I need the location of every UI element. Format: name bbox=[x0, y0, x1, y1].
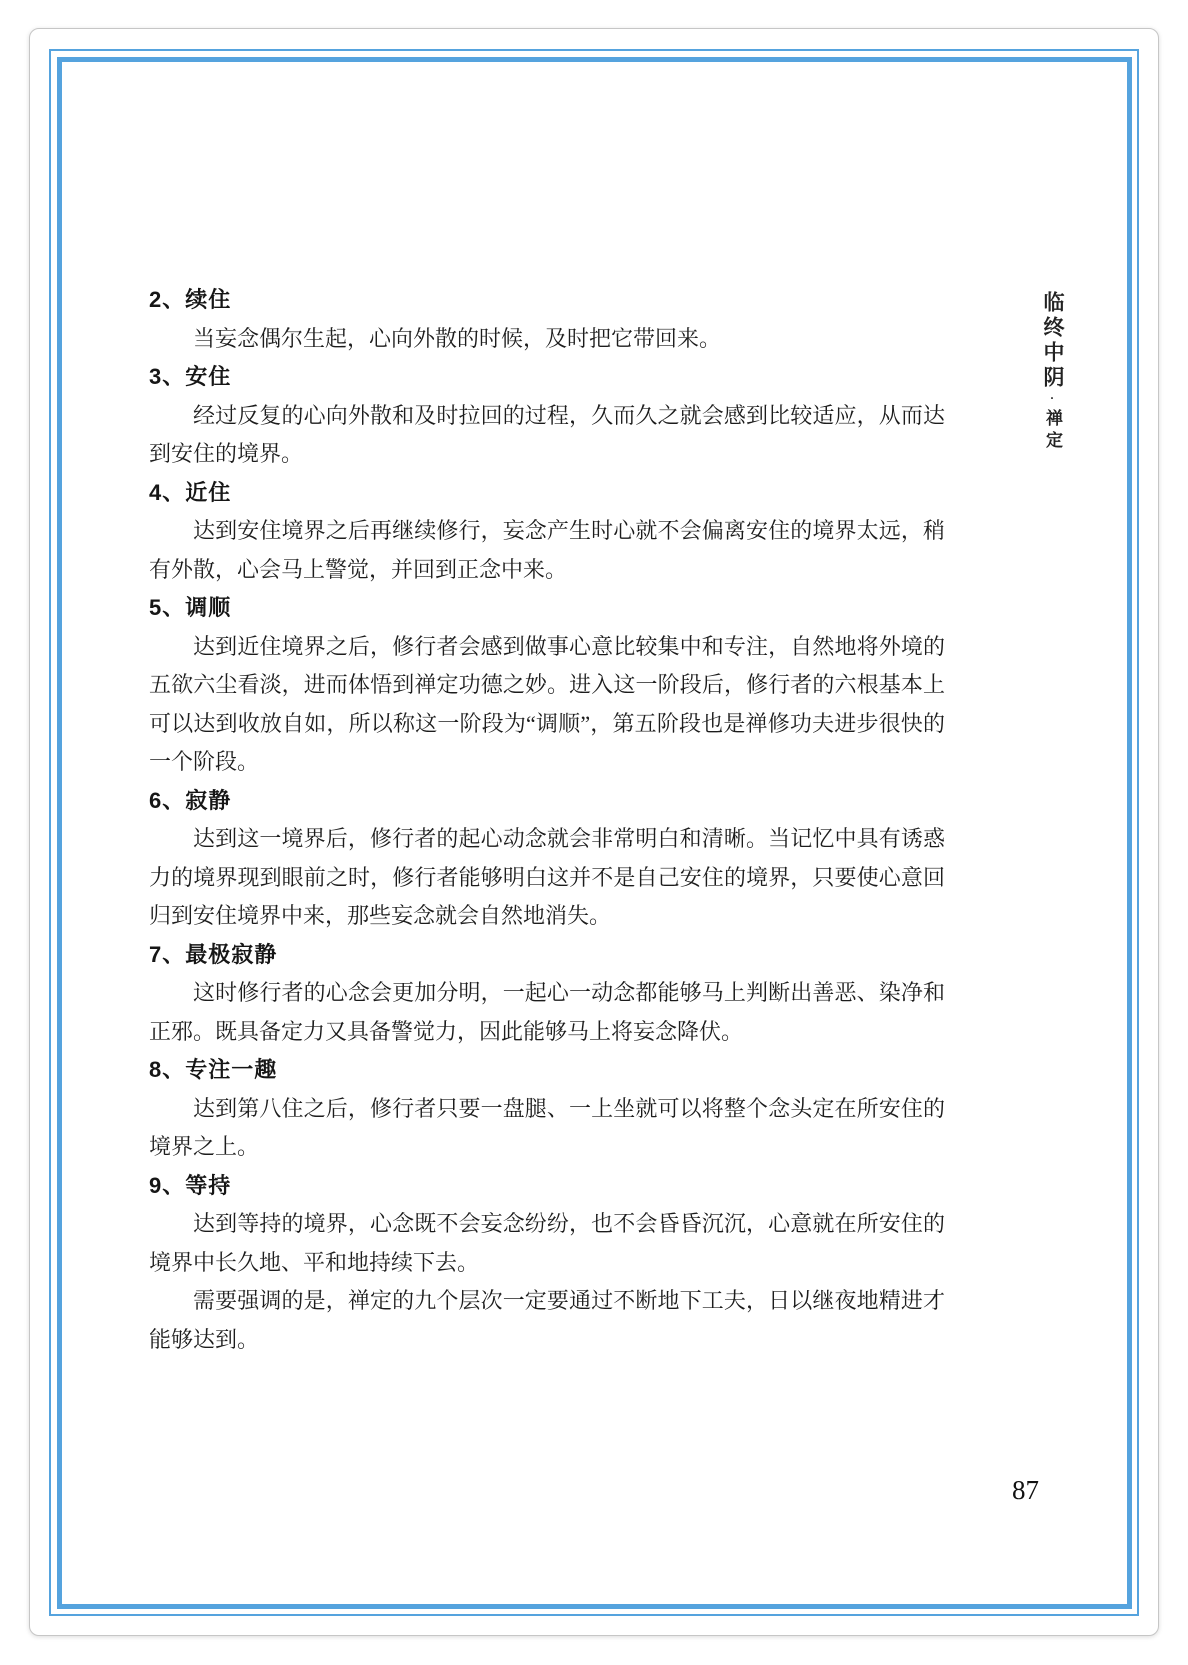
section-paragraph: 达到安住境界之后再继续修行，妄念产生时心就不会偏离安住的境界太远，稍有外散，心会… bbox=[149, 512, 945, 589]
numbered-section: 2、续住 当妄念偶尔生起，心向外散的时候，及时把它带回来。 bbox=[149, 281, 945, 358]
page-body-text: 2、续住 当妄念偶尔生起，心向外散的时候，及时把它带回来。 3、安住 经过反复的… bbox=[149, 281, 945, 1359]
section-heading: 7、最极寂静 bbox=[149, 936, 945, 975]
section-paragraph: 当妄念偶尔生起，心向外散的时候，及时把它带回来。 bbox=[149, 320, 945, 359]
numbered-section: 6、寂静 达到这一境界后，修行者的起心动念就会非常明白和清晰。当记忆中具有诱惑力… bbox=[149, 782, 945, 936]
section-paragraph: 达到等持的境界，心念既不会妄念纷纷，也不会昏昏沉沉，心意就在所安住的境界中长久地… bbox=[149, 1205, 945, 1282]
scanned-book-page: 2、续住 当妄念偶尔生起，心向外散的时候，及时把它带回来。 3、安住 经过反复的… bbox=[0, 0, 1188, 1665]
section-paragraph: 达到近住境界之后，修行者会感到做事心意比较集中和专注，自然地将外境的五欲六尘看淡… bbox=[149, 628, 945, 782]
section-paragraph: 经过反复的心向外散和及时拉回的过程，久而久之就会感到比较适应，从而达到安住的境界… bbox=[149, 397, 945, 474]
section-heading: 4、近住 bbox=[149, 474, 945, 513]
section-heading: 9、等持 bbox=[149, 1167, 945, 1206]
section-heading: 5、调顺 bbox=[149, 589, 945, 628]
section-paragraph: 达到这一境界后，修行者的起心动念就会非常明白和清晰。当记忆中具有诱惑力的境界现到… bbox=[149, 820, 945, 936]
numbered-section: 9、等持 达到等持的境界，心念既不会妄念纷纷，也不会昏昏沉沉，心意就在所安住的境… bbox=[149, 1167, 945, 1360]
section-heading: 2、续住 bbox=[149, 281, 945, 320]
section-heading: 6、寂静 bbox=[149, 782, 945, 821]
page-card: 2、续住 当妄念偶尔生起，心向外散的时候，及时把它带回来。 3、安住 经过反复的… bbox=[29, 28, 1159, 1636]
numbered-section: 4、近住 达到安住境界之后再继续修行，妄念产生时心就不会偏离安住的境界太远，稍有… bbox=[149, 474, 945, 590]
section-paragraph: 达到第八住之后，修行者只要一盘腿、一上坐就可以将整个念头定在所安住的境界之上。 bbox=[149, 1090, 945, 1167]
section-heading: 3、安住 bbox=[149, 358, 945, 397]
numbered-section: 3、安住 经过反复的心向外散和及时拉回的过程，久而久之就会感到比较适应，从而达到… bbox=[149, 358, 945, 474]
title-separator-dot: · bbox=[1045, 391, 1059, 409]
chapter-title-vertical: 禅定 bbox=[1043, 409, 1062, 453]
numbered-section: 5、调顺 达到近住境界之后，修行者会感到做事心意比较集中和专注，自然地将外境的五… bbox=[149, 589, 945, 782]
section-paragraph: 需要强调的是，禅定的九个层次一定要通过不断地下工夫，日以继夜地精进才能够达到。 bbox=[149, 1282, 945, 1359]
book-title-vertical: 临终中阴 bbox=[1041, 291, 1064, 391]
section-heading: 8、专注一趣 bbox=[149, 1051, 945, 1090]
section-paragraph: 这时修行者的心念会更加分明，一起心一动念都能够马上判断出善恶、染净和正邪。既具备… bbox=[149, 974, 945, 1051]
margin-running-head: 临终中阴·禅定 bbox=[1042, 291, 1063, 453]
page-number: 87 bbox=[1012, 1475, 1039, 1506]
numbered-section: 8、专注一趣 达到第八住之后，修行者只要一盘腿、一上坐就可以将整个念头定在所安住… bbox=[149, 1051, 945, 1167]
numbered-section: 7、最极寂静 这时修行者的心念会更加分明，一起心一动念都能够马上判断出善恶、染净… bbox=[149, 936, 945, 1052]
